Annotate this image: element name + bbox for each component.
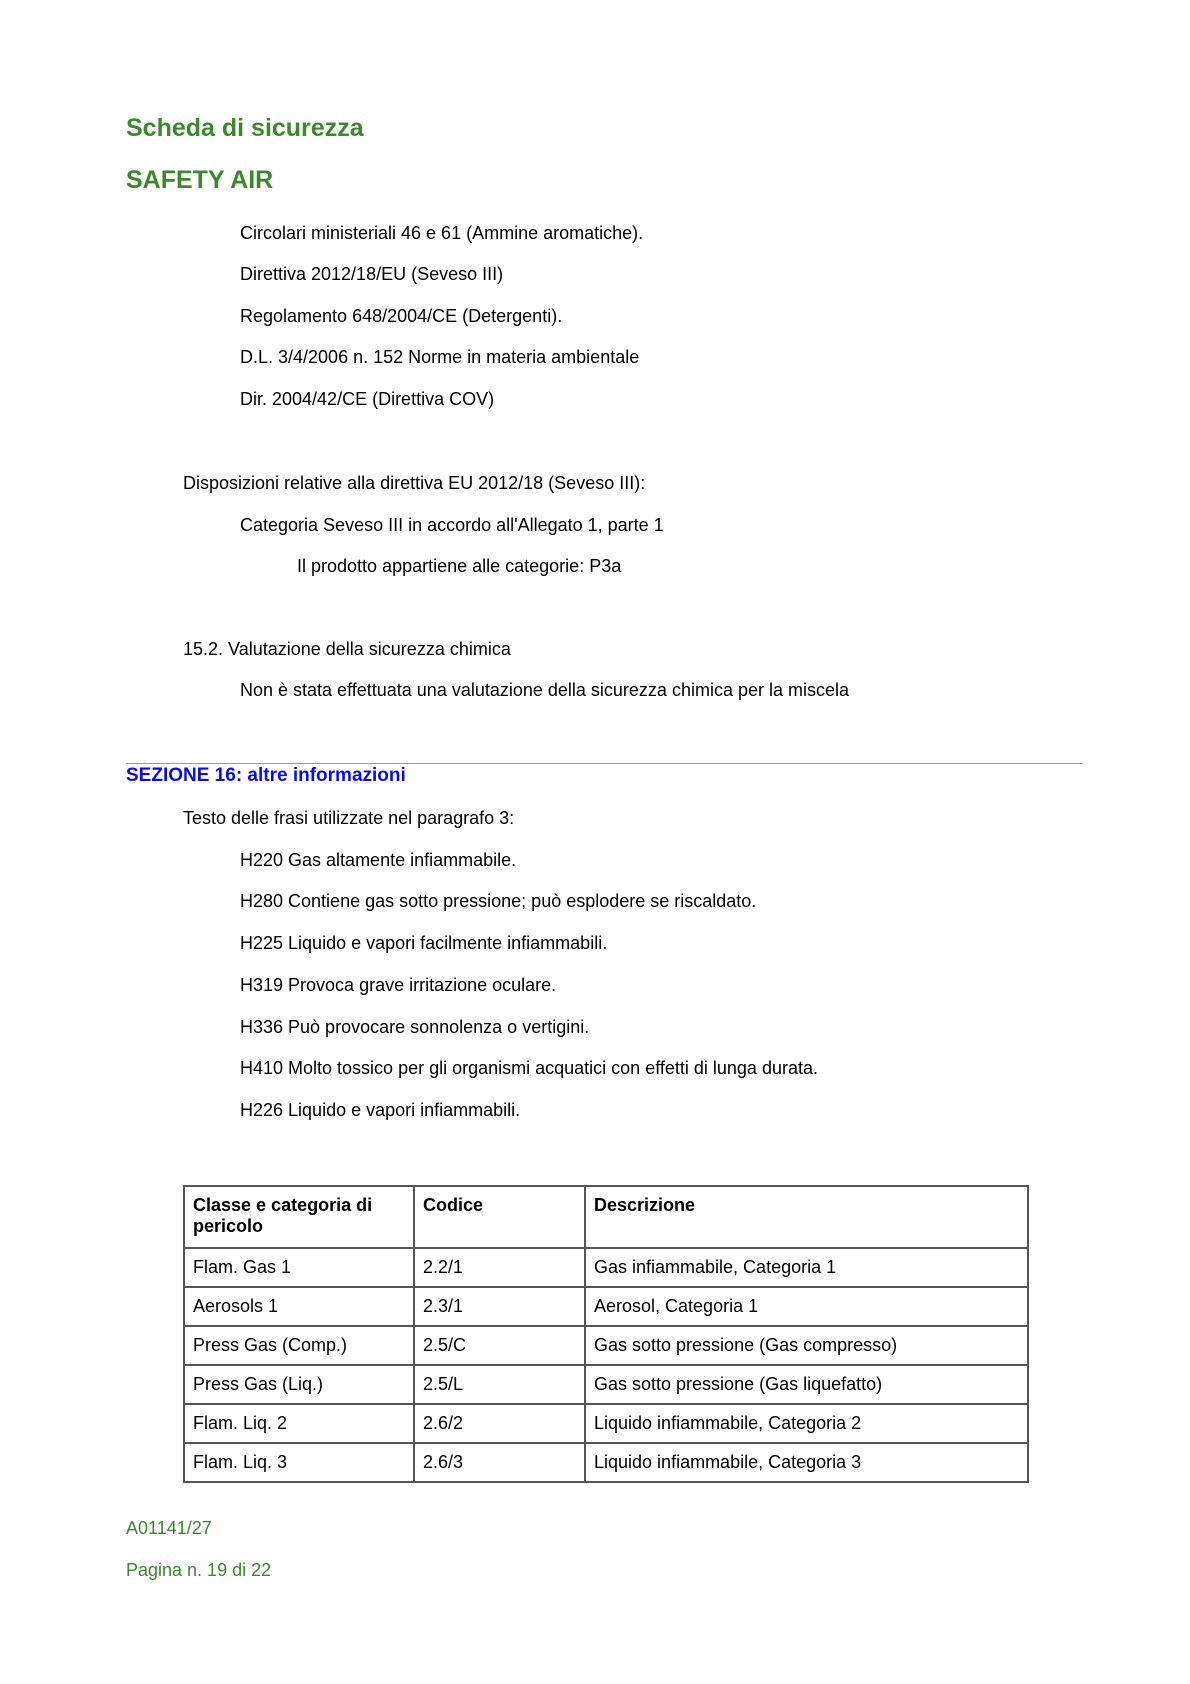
hazard-phrase: H226 Liquido e vapori infiammabili. xyxy=(240,1099,520,1121)
section-divider xyxy=(126,763,1083,764)
regulation-item: Circolari ministeriali 46 e 61 (Ammine a… xyxy=(240,222,643,244)
column-header-class: Classe e categoria di pericolo xyxy=(184,1186,414,1248)
document-code: A01141/27 xyxy=(126,1518,212,1539)
table-header-row: Classe e categoria di pericolo Codice De… xyxy=(184,1186,1028,1248)
cell-description: Liquido infiammabile, Categoria 3 xyxy=(585,1443,1028,1482)
hazard-phrase: H220 Gas altamente infiammabile. xyxy=(240,849,516,871)
cell-code: 2.3/1 xyxy=(414,1287,585,1326)
regulation-item: Direttiva 2012/18/EU (Seveso III) xyxy=(240,263,503,285)
table-row: Flam. Liq. 32.6/3Liquido infiammabile, C… xyxy=(184,1443,1028,1482)
table-row: Press Gas (Comp.)2.5/CGas sotto pression… xyxy=(184,1326,1028,1365)
chemical-safety-heading: 15.2. Valutazione della sicurezza chimic… xyxy=(183,638,511,660)
page-number: Pagina n. 19 di 22 xyxy=(126,1560,271,1581)
column-header-code: Codice xyxy=(414,1186,585,1248)
table-row: Press Gas (Liq.)2.5/LGas sotto pressione… xyxy=(184,1365,1028,1404)
seveso-category-line: Categoria Seveso III in accordo all'Alle… xyxy=(240,514,664,536)
cell-class: Flam. Gas 1 xyxy=(184,1248,414,1287)
cell-description: Gas sotto pressione (Gas compresso) xyxy=(585,1326,1028,1365)
regulation-item: Dir. 2004/42/CE (Direttiva COV) xyxy=(240,388,494,410)
cell-class: Press Gas (Comp.) xyxy=(184,1326,414,1365)
cell-class: Flam. Liq. 2 xyxy=(184,1404,414,1443)
section-16-intro: Testo delle frasi utilizzate nel paragra… xyxy=(183,807,514,829)
hazard-classification-table: Classe e categoria di pericolo Codice De… xyxy=(183,1185,1029,1483)
table-row: Flam. Gas 12.2/1Gas infiammabile, Catego… xyxy=(184,1248,1028,1287)
cell-class: Aerosols 1 xyxy=(184,1287,414,1326)
cell-code: 2.2/1 xyxy=(414,1248,585,1287)
column-header-description: Descrizione xyxy=(585,1186,1028,1248)
product-name-title: SAFETY AIR xyxy=(126,166,273,195)
cell-code: 2.6/2 xyxy=(414,1404,585,1443)
table-row: Flam. Liq. 22.6/2Liquido infiammabile, C… xyxy=(184,1404,1028,1443)
regulation-item: Regolamento 648/2004/CE (Detergenti). xyxy=(240,305,562,327)
hazard-phrase: H410 Molto tossico per gli organismi acq… xyxy=(240,1057,818,1079)
regulation-item: D.L. 3/4/2006 n. 152 Norme in materia am… xyxy=(240,346,639,368)
section-16-heading: SEZIONE 16: altre informazioni xyxy=(126,765,406,787)
cell-description: Gas sotto pressione (Gas liquefatto) xyxy=(585,1365,1028,1404)
cell-description: Gas infiammabile, Categoria 1 xyxy=(585,1248,1028,1287)
cell-code: 2.5/L xyxy=(414,1365,585,1404)
seveso-heading: Disposizioni relative alla direttiva EU … xyxy=(183,472,645,494)
document-type-title: Scheda di sicurezza xyxy=(126,114,364,143)
hazard-phrase: H280 Contiene gas sotto pressione; può e… xyxy=(240,890,756,912)
cell-description: Aerosol, Categoria 1 xyxy=(585,1287,1028,1326)
hazard-phrase: H225 Liquido e vapori facilmente infiamm… xyxy=(240,932,607,954)
cell-description: Liquido infiammabile, Categoria 2 xyxy=(585,1404,1028,1443)
cell-class: Press Gas (Liq.) xyxy=(184,1365,414,1404)
cell-class: Flam. Liq. 3 xyxy=(184,1443,414,1482)
seveso-product-categories: Il prodotto appartiene alle categorie: P… xyxy=(297,555,621,577)
cell-code: 2.5/C xyxy=(414,1326,585,1365)
table-row: Aerosols 12.3/1Aerosol, Categoria 1 xyxy=(184,1287,1028,1326)
cell-code: 2.6/3 xyxy=(414,1443,585,1482)
hazard-phrase: H336 Può provocare sonnolenza o vertigin… xyxy=(240,1016,589,1038)
hazard-phrase: H319 Provoca grave irritazione oculare. xyxy=(240,974,556,996)
chemical-safety-text: Non è stata effettuata una valutazione d… xyxy=(240,679,849,701)
